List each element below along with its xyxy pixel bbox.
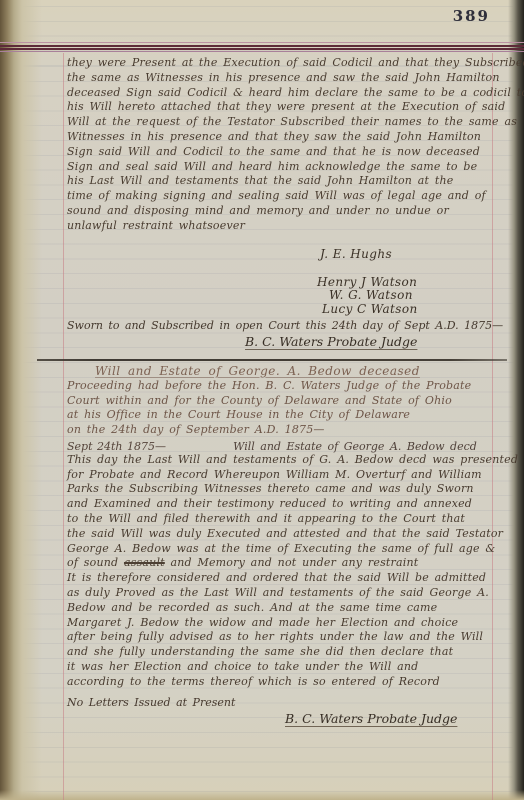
case-caption: Will and Estate of George A. Bedow decd [233, 440, 477, 453]
handwritten-line: Sign said Will and Codicil to the same a… [67, 145, 509, 160]
entry-date-row: Sept 24th 1875— Will and Estate of Georg… [67, 438, 509, 453]
bedow-estate-entry: Will and Estate of George. A. Bedow dece… [67, 364, 509, 728]
header-double-rule [0, 42, 524, 53]
handwritten-line: the said Will was duly Executed and atte… [67, 527, 509, 542]
ledger-page: 389 they were Present at the Execution o… [0, 0, 524, 800]
no-letters-note: No Letters Issued at Present [67, 696, 509, 711]
witness-signature: W. G. Watson [329, 289, 509, 303]
handwritten-line: Will at the request of the Testator Subs… [67, 115, 509, 130]
handwritten-line: unlawful restraint whatsoever [67, 219, 509, 234]
handwritten-line: Witnesses in his presence and that they … [67, 130, 509, 145]
judge-signature: B. C. Waters Probate Judge [285, 711, 509, 727]
handwritten-line: to the Will and filed therewith and it a… [67, 512, 509, 527]
page-edge-bottom [0, 790, 524, 800]
handwritten-line: Court within and for the County of Delaw… [67, 394, 509, 409]
handwritten-line: after being fully advised as to her righ… [67, 630, 509, 645]
handwritten-line-with-strikeout: of sound assault and Memory and not unde… [67, 556, 509, 571]
line-text: of sound [67, 556, 124, 569]
handwritten-line: at his Office in the Court House in the … [67, 408, 509, 423]
entry-date: Sept 24th 1875— [67, 440, 166, 453]
handwritten-line: and Examined and their testimony reduced… [67, 497, 509, 512]
handwritten-line: Bedow and be recorded as such. And at th… [67, 601, 509, 616]
handwritten-line: deceased Sign said Codicil & heard him d… [67, 86, 509, 101]
handwritten-line: time of making signing and sealing said … [67, 189, 509, 204]
handwritten-line: George A. Bedow was at the time of Execu… [67, 542, 509, 557]
margin-line-left [63, 53, 64, 800]
handwritten-line: and she fully understanding the same she… [67, 645, 509, 660]
handwritten-line: Margaret J. Bedow the widow and made her… [67, 616, 509, 631]
handwritten-line: It is therefore considered and ordered t… [67, 571, 509, 586]
line-text: and Memory and not under any restraint [165, 556, 419, 569]
hamilton-codicil-entry: they were Present at the Execution of sa… [67, 56, 509, 350]
handwritten-line: as duly Proved as the Last Will and test… [67, 586, 509, 601]
handwritten-line: his Last Will and testaments that the sa… [67, 174, 509, 189]
handwritten-line: on the 24th day of September A.D. 1875— [67, 423, 509, 438]
witness-signature: J. E. Hughs [320, 246, 509, 262]
witness-signature: Lucy C Watson [322, 303, 509, 317]
handwritten-line: for Probate and Record Whereupon William… [67, 468, 509, 483]
handwritten-line: This day the Last Will and testaments of… [67, 453, 509, 468]
handwritten-line: it was her Election and choice to take u… [67, 660, 509, 675]
witness-signature: Henry J Watson [317, 276, 509, 290]
book-binding-edge [0, 0, 42, 800]
page-number: 389 [453, 7, 490, 25]
handwritten-line: according to the terms thereof which is … [67, 675, 509, 690]
handwritten-line: they were Present at the Execution of sa… [67, 56, 509, 71]
handwritten-line: his Will hereto attached that they were … [67, 100, 509, 115]
entry-heading: Will and Estate of George. A. Bedow dece… [95, 364, 509, 379]
section-divider [37, 359, 507, 361]
handwritten-line: Proceeding had before the Hon. B. C. Wat… [67, 379, 509, 394]
handwritten-line: sound and disposing mind and memory and … [67, 204, 509, 219]
attestation-line: Sworn to and Subscribed in open Court th… [67, 319, 509, 334]
page-content: they were Present at the Execution of sa… [67, 56, 509, 727]
struck-out-word: assault [124, 556, 165, 569]
handwritten-line: the same as Witnesses in his presence an… [67, 71, 509, 86]
handwritten-line: Sign and seal said Will and heard him ac… [67, 160, 509, 175]
judge-signature: B. C. Waters Probate Judge [245, 334, 509, 350]
handwritten-line: Parks the Subscribing Witnesses thereto … [67, 482, 509, 497]
